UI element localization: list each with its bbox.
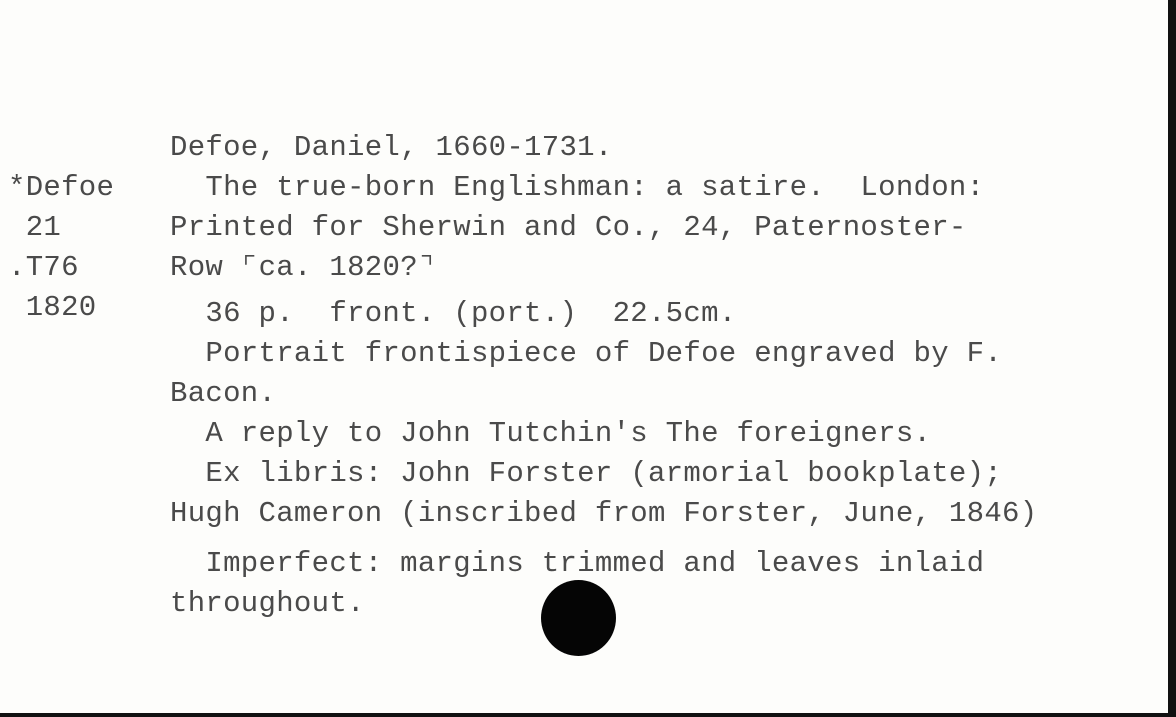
- condition-note-line: Imperfect: margins trimmed and leaves in…: [170, 549, 984, 578]
- note-line: Bacon.: [170, 379, 276, 408]
- imprint-line: Row ⌜ca. 1820?⌝: [170, 253, 436, 282]
- provenance-line: Ex libris: John Forster (armorial bookpl…: [170, 459, 1002, 488]
- author-heading: Defoe, Daniel, 1660-1731.: [170, 133, 613, 162]
- punch-hole: [541, 580, 616, 656]
- note-line: Portrait frontispiece of Defoe engraved …: [170, 339, 1002, 368]
- collation-line: 36 p. front. (port.) 22.5cm.: [170, 299, 737, 328]
- call-number-line: 21: [8, 213, 61, 242]
- catalog-card: *Defoe 21 .T76 1820 Defoe, Daniel, 1660-…: [0, 0, 1168, 713]
- imprint-line: Printed for Sherwin and Co., 24, Paterno…: [170, 213, 967, 242]
- call-number-line: .T76: [8, 253, 79, 282]
- call-number-line: 1820: [8, 293, 97, 322]
- provenance-line: Hugh Cameron (inscribed from Forster, Ju…: [170, 499, 1037, 528]
- condition-note-line: throughout.: [170, 589, 365, 618]
- call-number-line: *Defoe: [8, 173, 114, 202]
- note-line: A reply to John Tutchin's The foreigners…: [170, 419, 931, 448]
- title-line: The true-born Englishman: a satire. Lond…: [170, 173, 984, 202]
